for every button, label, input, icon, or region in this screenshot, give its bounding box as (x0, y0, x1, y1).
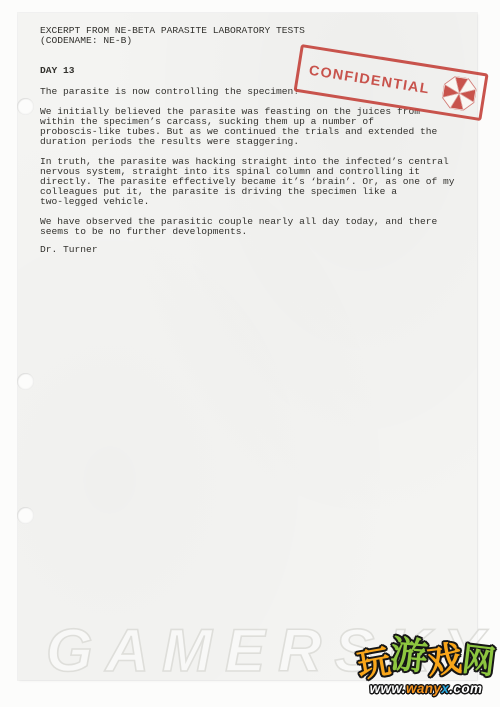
wanyx-logo: 玩 游 戏 网 (350, 641, 500, 678)
wanyx-logo-char: 游 (389, 635, 429, 675)
punch-hole (17, 507, 34, 524)
wanyx-url-segment: .com (449, 681, 482, 696)
wanyx-url: www.wanyx.com (350, 681, 500, 696)
paragraph: We have observed the parasitic couple ne… (40, 217, 460, 237)
screenshot-canvas: EXCERPT FROM NE-BETA PARASITE LABORATORY… (0, 0, 500, 707)
wanyx-logo-char: 戏 (425, 641, 464, 680)
wanyx-logo-char: 网 (460, 642, 497, 679)
paragraph: In truth, the parasite was hacking strai… (40, 157, 460, 207)
wanyx-site-badge: 玩 游 戏 网 www.wanyx.com (350, 641, 500, 696)
wanyx-logo-char: 玩 (355, 644, 393, 682)
document-paper: EXCERPT FROM NE-BETA PARASITE LABORATORY… (18, 13, 477, 680)
confidential-stamp-label: CONFIDENTIAL (308, 62, 431, 97)
wanyx-url-segment: www. (370, 681, 406, 696)
punch-hole (17, 98, 34, 115)
document-header: EXCERPT FROM NE-BETA PARASITE LABORATORY… (40, 26, 460, 46)
paragraph: We initially believed the parasite was f… (40, 107, 460, 147)
punch-hole (17, 373, 34, 390)
umbrella-logo-icon (439, 73, 480, 114)
signature: Dr. Turner (40, 245, 460, 255)
wanyx-url-segment: wany (406, 681, 441, 696)
